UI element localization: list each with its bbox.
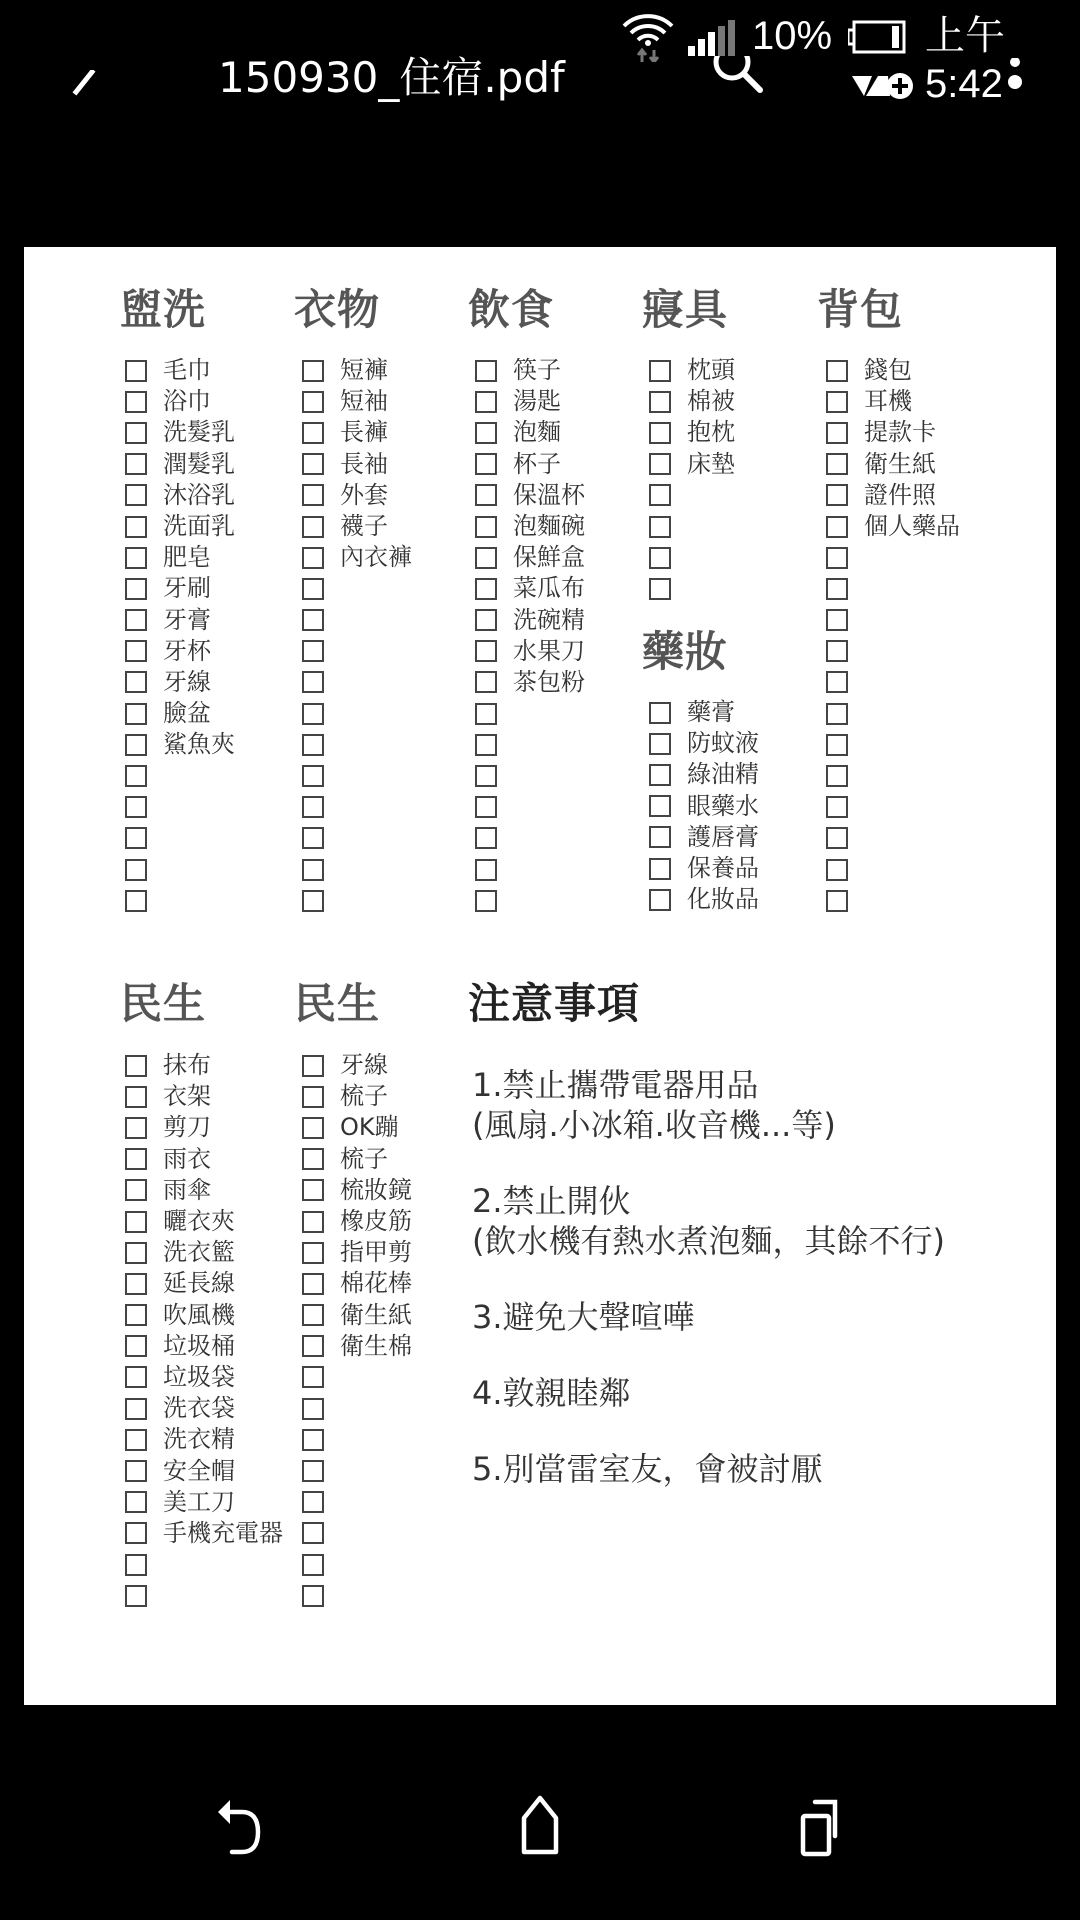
checklist-item[interactable]	[302, 605, 412, 636]
checkbox[interactable]	[125, 765, 147, 787]
checklist-item[interactable]: 提款卡	[826, 417, 960, 448]
checklist-item[interactable]: 沐浴乳	[125, 480, 235, 511]
checklist-item[interactable]	[302, 1362, 412, 1393]
checklist-item[interactable]	[826, 636, 960, 667]
checklist-item[interactable]: 安全帽	[125, 1455, 283, 1486]
category-title-toiletries: 盥洗	[120, 285, 206, 335]
checkbox[interactable]	[125, 1148, 147, 1170]
checkbox[interactable]	[302, 1460, 324, 1482]
note-2-line2: (飲水機有熱水煮泡麵，其餘不行)	[472, 1221, 1032, 1261]
checklist-item[interactable]	[826, 667, 960, 698]
checklist-item[interactable]: 棉被	[649, 386, 735, 417]
checkbox[interactable]	[125, 1086, 147, 1108]
checkbox[interactable]	[302, 640, 324, 662]
checkbox[interactable]	[125, 1366, 147, 1388]
checklist-item-label: 內衣褲	[340, 542, 412, 573]
checkbox[interactable]	[649, 391, 671, 413]
checklist-item-label: 藥膏	[687, 697, 735, 728]
checklist-item[interactable]	[475, 885, 585, 916]
nav-back-icon[interactable]	[202, 1780, 302, 1880]
checklist-item[interactable]: 化妝品	[649, 884, 759, 915]
category-title-daily-living-2: 民生	[294, 979, 380, 1029]
checklist-item[interactable]: 剪刀	[125, 1112, 283, 1143]
checklist-item[interactable]: 短褲	[302, 355, 412, 386]
checklist-item-label: 防蚊液	[687, 728, 759, 759]
checkbox[interactable]	[302, 391, 324, 413]
checkbox[interactable]	[826, 453, 848, 475]
checkbox[interactable]	[302, 859, 324, 881]
checklist-item[interactable]	[826, 792, 960, 823]
checkbox[interactable]	[125, 609, 147, 631]
checklist-item-label: 毛巾	[163, 355, 211, 386]
checkbox[interactable]	[302, 1242, 324, 1264]
checkbox[interactable]	[826, 391, 848, 413]
checkbox[interactable]	[826, 516, 848, 538]
checkbox[interactable]	[475, 453, 497, 475]
checklist-item[interactable]: 梳子	[302, 1144, 412, 1175]
checklist-item[interactable]	[649, 542, 735, 573]
checkbox[interactable]	[302, 516, 324, 538]
checkbox[interactable]	[475, 827, 497, 849]
checklist-item[interactable]: 耳機	[826, 386, 960, 417]
checklist-item[interactable]: 菜瓜布	[475, 573, 585, 604]
checkbox[interactable]	[125, 453, 147, 475]
checkbox[interactable]	[302, 1304, 324, 1326]
checklist-item[interactable]	[475, 760, 585, 791]
checkbox[interactable]	[475, 516, 497, 538]
checklist-item[interactable]	[302, 729, 412, 760]
checkbox[interactable]	[649, 764, 671, 786]
checklist-item[interactable]: 臉盆	[125, 698, 235, 729]
checklist-item[interactable]: 梳妝鏡	[302, 1175, 412, 1206]
checklist-item-label: 保溫杯	[513, 480, 585, 511]
checkbox[interactable]	[475, 609, 497, 631]
checklist-item[interactable]: 護唇膏	[649, 822, 759, 853]
checkbox[interactable]	[826, 859, 848, 881]
checkbox[interactable]	[302, 578, 324, 600]
checkbox[interactable]	[826, 422, 848, 444]
checklist-item[interactable]	[125, 1580, 283, 1611]
checkbox[interactable]	[826, 671, 848, 693]
checklist-item-label: 提款卡	[864, 417, 936, 448]
checkbox[interactable]	[475, 765, 497, 787]
checkbox[interactable]	[649, 484, 671, 506]
checkbox[interactable]	[125, 1304, 147, 1326]
checkbox[interactable]	[826, 578, 848, 600]
checklist-item[interactable]	[302, 854, 412, 885]
checkbox[interactable]	[475, 547, 497, 569]
checklist-item[interactable]	[302, 636, 412, 667]
checklist-item[interactable]	[826, 542, 960, 573]
checklist-item[interactable]	[302, 573, 412, 604]
checklist-item[interactable]: 洗面乳	[125, 511, 235, 542]
checklist-item[interactable]: 指甲剪	[302, 1237, 412, 1268]
checklist-item[interactable]	[302, 1393, 412, 1424]
checklist-item[interactable]: 洗衣精	[125, 1424, 283, 1455]
checklist-item[interactable]	[302, 667, 412, 698]
category-title-food: 飲食	[468, 285, 554, 335]
checkbox[interactable]	[125, 422, 147, 444]
checkbox[interactable]	[125, 1335, 147, 1357]
checklist-item[interactable]: 藥膏	[649, 697, 759, 728]
checklist-item[interactable]: 保溫杯	[475, 480, 585, 511]
checklist-item[interactable]: 抹布	[125, 1050, 283, 1081]
checkbox[interactable]	[125, 734, 147, 756]
checklist-item[interactable]: 潤髮乳	[125, 449, 235, 480]
checkbox[interactable]	[302, 671, 324, 693]
checkbox[interactable]	[125, 1055, 147, 1077]
checkbox[interactable]	[475, 391, 497, 413]
checklist-item[interactable]	[475, 698, 585, 729]
checklist-item[interactable]: 手機充電器	[125, 1518, 283, 1549]
checklist-item[interactable]: 洗衣籃	[125, 1237, 283, 1268]
checkbox[interactable]	[649, 578, 671, 600]
checkbox[interactable]	[302, 1335, 324, 1357]
checklist-item[interactable]: 枕頭	[649, 355, 735, 386]
checklist-item[interactable]: 長褲	[302, 417, 412, 448]
checklist-item[interactable]	[826, 854, 960, 885]
checkbox[interactable]	[125, 1273, 147, 1295]
checklist-item[interactable]	[302, 1455, 412, 1486]
note-item: 5.別當雷室友，會被討厭	[472, 1449, 1032, 1489]
checklist-item[interactable]: 錢包	[826, 355, 960, 386]
checklist-item[interactable]: 衣架	[125, 1081, 283, 1112]
checklist-item[interactable]	[475, 854, 585, 885]
checklist-item-label: 長褲	[340, 417, 388, 448]
checklist-item[interactable]	[649, 480, 735, 511]
checklist-item[interactable]	[302, 885, 412, 916]
checklist-item-label: 短褲	[340, 355, 388, 386]
note-item: 2.禁止開伙 (飲水機有熱水煮泡麵，其餘不行)	[472, 1181, 1032, 1261]
checkbox[interactable]	[302, 765, 324, 787]
checklist-item-label: 眼藥水	[687, 791, 759, 822]
checkbox[interactable]	[475, 578, 497, 600]
checkbox[interactable]	[826, 703, 848, 725]
checkbox[interactable]	[125, 1460, 147, 1482]
checkbox[interactable]	[826, 890, 848, 912]
checklist-item[interactable]: 吹風機	[125, 1300, 283, 1331]
checkbox[interactable]	[826, 827, 848, 849]
checklist-item[interactable]: 抱枕	[649, 417, 735, 448]
checkbox[interactable]	[125, 1117, 147, 1139]
checkbox[interactable]	[649, 422, 671, 444]
checkbox[interactable]	[475, 484, 497, 506]
checkbox[interactable]	[125, 890, 147, 912]
checklist-item-label: 垃圾袋	[163, 1362, 235, 1393]
checklist-item[interactable]: 床墊	[649, 449, 735, 480]
checklist-item[interactable]	[826, 760, 960, 791]
checklist-item-label: 茶包粉	[513, 667, 585, 698]
checklist-item[interactable]: 湯匙	[475, 386, 585, 417]
checkbox[interactable]	[125, 516, 147, 538]
checklist-item-label: 枕頭	[687, 355, 735, 386]
checklist-item[interactable]	[302, 698, 412, 729]
checklist-item[interactable]: 綠油精	[649, 759, 759, 790]
checklist-item[interactable]: 牙線	[125, 667, 235, 698]
checkbox[interactable]	[475, 890, 497, 912]
checklist-item[interactable]: 眼藥水	[649, 791, 759, 822]
checklist-item-label: 抹布	[163, 1050, 211, 1081]
checklist-item-label: 錢包	[864, 355, 912, 386]
checklist-item[interactable]: 牙膏	[125, 605, 235, 636]
checklist-item[interactable]	[125, 792, 235, 823]
checkbox[interactable]	[302, 360, 324, 382]
checklist-item[interactable]: 保養品	[649, 853, 759, 884]
checkbox[interactable]	[826, 360, 848, 382]
checkbox[interactable]	[302, 890, 324, 912]
back-arrow-icon[interactable]	[70, 70, 110, 110]
checklist-item[interactable]	[649, 511, 735, 542]
checklist-item[interactable]	[302, 1580, 412, 1611]
checkbox[interactable]	[826, 796, 848, 818]
checkbox[interactable]	[302, 1398, 324, 1420]
checklist-item-label: 棉花棒	[340, 1268, 412, 1299]
checklist-item-label: 湯匙	[513, 386, 561, 417]
checkbox[interactable]	[302, 1211, 324, 1233]
checkbox[interactable]	[125, 703, 147, 725]
checkbox[interactable]	[649, 795, 671, 817]
checklist-item[interactable]: 牙線	[302, 1050, 412, 1081]
checklist-item[interactable]	[302, 1518, 412, 1549]
checklist-item[interactable]	[475, 792, 585, 823]
checklist-item[interactable]	[302, 792, 412, 823]
checkbox[interactable]	[125, 1398, 147, 1420]
checklist-item[interactable]	[826, 573, 960, 604]
checkbox[interactable]	[475, 671, 497, 693]
checkbox[interactable]	[302, 1366, 324, 1388]
checklist-item-label: 長袖	[340, 449, 388, 480]
checklist-item-label: 牙杯	[163, 636, 211, 667]
checklist-item[interactable]	[125, 1549, 283, 1580]
drive-add-icon[interactable]	[850, 62, 920, 106]
checkbox[interactable]	[125, 360, 147, 382]
checklist-item[interactable]: 衛生紙	[302, 1300, 412, 1331]
checklist-clothing: 短褲短袖長褲長袖外套襪子內衣褲	[302, 355, 412, 916]
checkbox[interactable]	[649, 858, 671, 880]
checkbox[interactable]	[475, 703, 497, 725]
checklist-item[interactable]: 保鮮盒	[475, 542, 585, 573]
checklist-item[interactable]	[826, 823, 960, 854]
checkbox[interactable]	[826, 609, 848, 631]
checklist-item[interactable]: 茶包粉	[475, 667, 585, 698]
checklist-item[interactable]	[475, 729, 585, 760]
checkbox[interactable]	[302, 1273, 324, 1295]
checklist-item-label: 衣架	[163, 1081, 211, 1112]
checkbox[interactable]	[475, 422, 497, 444]
checkbox[interactable]	[125, 827, 147, 849]
checklist-item-label: 牙刷	[163, 573, 211, 604]
checklist-item[interactable]	[125, 760, 235, 791]
checklist-daily-living-1: 抹布衣架剪刀雨衣雨傘曬衣夾洗衣籃延長線吹風機垃圾桶垃圾袋洗衣袋洗衣精安全帽美工刀…	[125, 1050, 283, 1611]
checkbox[interactable]	[302, 1554, 324, 1576]
checklist-bedding: 枕頭棉被抱枕床墊	[649, 355, 735, 605]
checkbox[interactable]	[125, 1554, 147, 1576]
checklist-item[interactable]: 雨衣	[125, 1144, 283, 1175]
checklist-item[interactable]: 延長線	[125, 1268, 283, 1299]
checkbox[interactable]	[302, 1429, 324, 1451]
category-title-medicine-cosmetics: 藥妝	[642, 627, 728, 677]
checklist-item-label: 個人藥品	[864, 511, 960, 542]
checkbox[interactable]	[125, 671, 147, 693]
checklist-item-label: 鯊魚夾	[163, 729, 235, 760]
checklist-item[interactable]	[302, 1487, 412, 1518]
note-3: 3.避免大聲喧嘩	[472, 1297, 1032, 1337]
checklist-item[interactable]	[302, 760, 412, 791]
nav-home-icon[interactable]	[490, 1780, 590, 1880]
checkbox[interactable]	[302, 547, 324, 569]
checklist-item[interactable]: 衛生紙	[826, 449, 960, 480]
checklist-item[interactable]: 牙刷	[125, 573, 235, 604]
pdf-page[interactable]: 盥洗 毛巾浴巾洗髮乳潤髮乳沐浴乳洗面乳肥皂牙刷牙膏牙杯牙線臉盆鯊魚夾 衣物 短褲…	[24, 247, 1056, 1705]
checkbox[interactable]	[302, 796, 324, 818]
checkbox[interactable]	[826, 765, 848, 787]
checklist-item[interactable]: 長袖	[302, 449, 412, 480]
checkbox[interactable]	[475, 734, 497, 756]
checkbox[interactable]	[302, 1179, 324, 1201]
checkbox[interactable]	[125, 1429, 147, 1451]
checkbox[interactable]	[649, 360, 671, 382]
checklist-item[interactable]: 曬衣夾	[125, 1206, 283, 1237]
checkbox[interactable]	[302, 827, 324, 849]
checkbox[interactable]	[302, 609, 324, 631]
checkbox[interactable]	[302, 734, 324, 756]
checklist-item[interactable]	[302, 1549, 412, 1580]
checklist-item[interactable]	[302, 1424, 412, 1455]
checkbox[interactable]	[649, 516, 671, 538]
checkbox[interactable]	[302, 1491, 324, 1513]
checklist-item[interactable]: 證件照	[826, 480, 960, 511]
checkbox[interactable]	[125, 1211, 147, 1233]
checkbox[interactable]	[302, 1522, 324, 1544]
checkbox[interactable]	[302, 1086, 324, 1108]
checkbox[interactable]	[302, 1117, 324, 1139]
checklist-item[interactable]: 泡麵碗	[475, 511, 585, 542]
checkbox[interactable]	[475, 360, 497, 382]
checkbox[interactable]	[125, 484, 147, 506]
checklist-item[interactable]	[125, 885, 235, 916]
checklist-item[interactable]	[125, 854, 235, 885]
checklist-item[interactable]	[125, 823, 235, 854]
checklist-item-label: 臉盆	[163, 698, 211, 729]
checklist-item[interactable]: 短袖	[302, 386, 412, 417]
checklist-item[interactable]: 內衣褲	[302, 542, 412, 573]
checklist-item[interactable]: 襪子	[302, 511, 412, 542]
checklist-item-label: 洗衣袋	[163, 1393, 235, 1424]
checklist-item[interactable]: 棉花棒	[302, 1268, 412, 1299]
checklist-item[interactable]: 個人藥品	[826, 511, 960, 542]
checkbox[interactable]	[125, 1242, 147, 1264]
checkbox[interactable]	[125, 578, 147, 600]
checkbox[interactable]	[302, 1148, 324, 1170]
checkbox[interactable]	[302, 1585, 324, 1607]
checklist-item-label: 菜瓜布	[513, 573, 585, 604]
checklist-item[interactable]: 洗髮乳	[125, 417, 235, 448]
checkbox[interactable]	[125, 391, 147, 413]
checklist-item[interactable]	[302, 823, 412, 854]
checkbox[interactable]	[649, 889, 671, 911]
checkbox[interactable]	[125, 640, 147, 662]
checklist-item-label: 潤髮乳	[163, 449, 235, 480]
checkbox[interactable]	[475, 640, 497, 662]
checklist-item[interactable]: 肥皂	[125, 542, 235, 573]
checkbox[interactable]	[302, 484, 324, 506]
checklist-item-label: 泡麵碗	[513, 511, 585, 542]
checkbox[interactable]	[125, 796, 147, 818]
checklist-item[interactable]: 梳子	[302, 1081, 412, 1112]
checkbox[interactable]	[649, 702, 671, 724]
checkbox[interactable]	[125, 1491, 147, 1513]
checkbox[interactable]	[649, 453, 671, 475]
checkbox[interactable]	[302, 422, 324, 444]
signal-icon	[688, 20, 736, 56]
checklist-item[interactable]: 鯊魚夾	[125, 729, 235, 760]
checklist-item[interactable]: 橡皮筋	[302, 1206, 412, 1237]
checkbox[interactable]	[649, 826, 671, 848]
checklist-item[interactable]	[649, 573, 735, 604]
checkbox[interactable]	[826, 547, 848, 569]
checklist-item[interactable]	[826, 605, 960, 636]
checklist-item[interactable]	[826, 698, 960, 729]
checklist-item-label: 襪子	[340, 511, 388, 542]
checklist-item-label: 衛生紙	[340, 1300, 412, 1331]
checklist-item[interactable]: 美工刀	[125, 1487, 283, 1518]
checklist-item[interactable]	[826, 729, 960, 760]
checklist-item[interactable]: 雨傘	[125, 1175, 283, 1206]
checkbox[interactable]	[302, 703, 324, 725]
checklist-item[interactable]	[826, 885, 960, 916]
checklist-item[interactable]: 外套	[302, 480, 412, 511]
category-title-bedding: 寢具	[642, 285, 728, 335]
checklist-item[interactable]: 牙杯	[125, 636, 235, 667]
checkbox[interactable]	[302, 453, 324, 475]
checkbox[interactable]	[302, 1055, 324, 1077]
note-item: 4.敦親睦鄰	[472, 1373, 1032, 1413]
checkbox[interactable]	[826, 640, 848, 662]
checklist-item[interactable]: 垃圾袋	[125, 1362, 283, 1393]
checklist-item[interactable]: 杯子	[475, 449, 585, 480]
checkbox[interactable]	[475, 796, 497, 818]
checkbox[interactable]	[125, 1522, 147, 1544]
checklist-item[interactable]: 泡麵	[475, 417, 585, 448]
nav-recents-icon[interactable]	[778, 1780, 878, 1880]
checkbox[interactable]	[475, 859, 497, 881]
checklist-item[interactable]: 洗衣袋	[125, 1393, 283, 1424]
checklist-item[interactable]: 毛巾	[125, 355, 235, 386]
note-1-line1: 1.禁止攜帶電器用品	[472, 1065, 1032, 1105]
checkbox[interactable]	[125, 1585, 147, 1607]
checklist-item[interactable]: 水果刀	[475, 636, 585, 667]
checkbox[interactable]	[826, 484, 848, 506]
checklist-item-label: 曬衣夾	[163, 1206, 235, 1237]
checklist-item-label: 筷子	[513, 355, 561, 386]
checklist-item[interactable]: 垃圾桶	[125, 1331, 283, 1362]
checklist-item[interactable]: OK蹦	[302, 1112, 412, 1143]
checkbox[interactable]	[125, 859, 147, 881]
checkbox[interactable]	[125, 1179, 147, 1201]
checkbox[interactable]	[826, 734, 848, 756]
checklist-item[interactable]: 衛生棉	[302, 1331, 412, 1362]
checklist-item-label: 牙膏	[163, 605, 211, 636]
checklist-item[interactable]: 筷子	[475, 355, 585, 386]
checklist-item[interactable]	[475, 823, 585, 854]
checkbox[interactable]	[649, 547, 671, 569]
checkbox[interactable]	[649, 733, 671, 755]
status-bar: 10% 上午5:42	[0, 0, 1080, 66]
checklist-item[interactable]: 浴巾	[125, 386, 235, 417]
checkbox[interactable]	[125, 547, 147, 569]
checklist-item[interactable]: 洗碗精	[475, 605, 585, 636]
checklist-item[interactable]: 防蚊液	[649, 728, 759, 759]
